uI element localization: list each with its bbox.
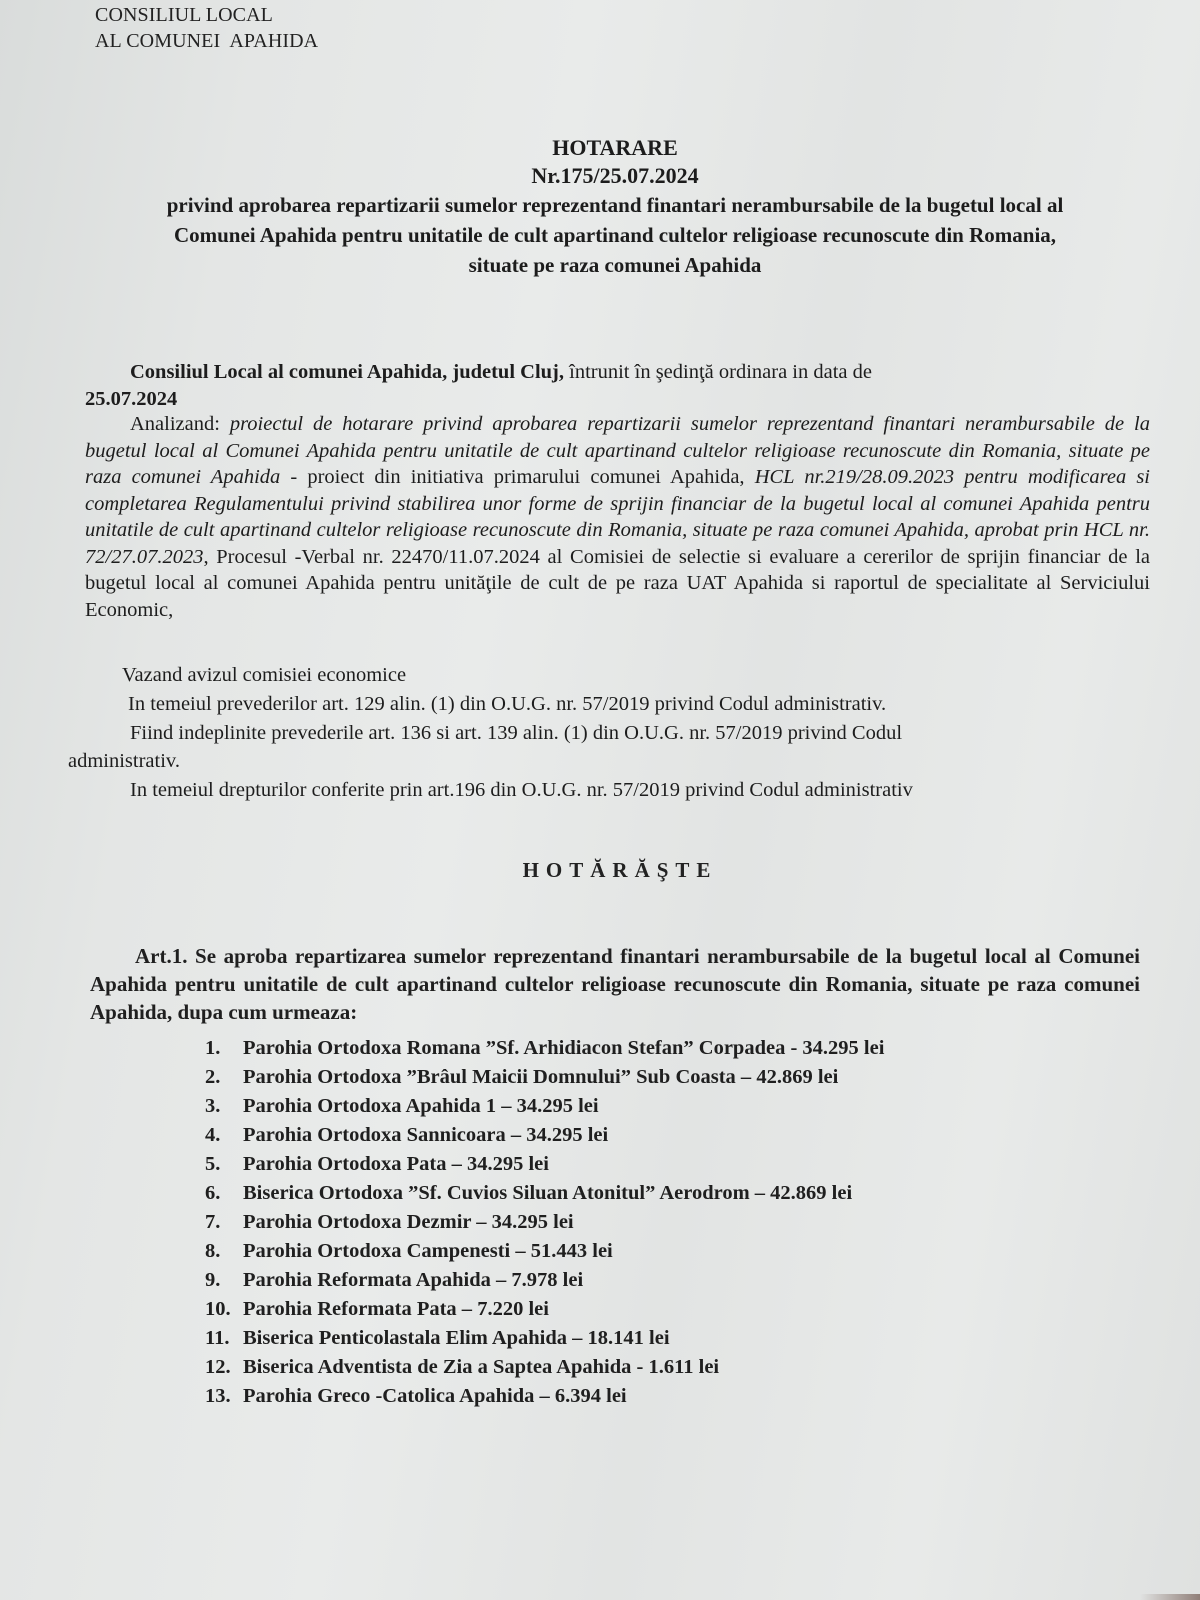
allocation-amount: 18.141 lei [588, 1327, 670, 1349]
allocation-beneficiary: Parohia Ortodoxa Sannicoara – [243, 1124, 526, 1146]
allocation-amount: 7.978 lei [511, 1269, 583, 1291]
allocation-number: 10. [205, 1295, 243, 1324]
authority-line-2: AL COMUNEI APAHIDA [95, 28, 318, 54]
allocation-beneficiary: Biserica Adventista de Zia a Saptea Apah… [243, 1356, 649, 1378]
analizand-label: Analizand: [130, 413, 230, 435]
allocation-beneficiary: Parohia Ortodoxa Campenesti – [243, 1240, 531, 1262]
allocation-beneficiary: Parohia Reformata Pata – [243, 1298, 477, 1320]
allocation-item: 2.Parohia Ortodoxa ”Brâul Maicii Domnulu… [205, 1063, 884, 1092]
allocation-amount: 42.869 lei [756, 1066, 838, 1088]
allocation-amount: 6.394 lei [555, 1385, 627, 1407]
allocation-item: 6.Biserica Ortodoxa ”Sf. Cuvios Siluan A… [205, 1179, 884, 1208]
allocation-item: 5.Parohia Ortodoxa Pata – 34.295 lei [205, 1150, 884, 1179]
allocation-item: 4.Parohia Ortodoxa Sannicoara – 34.295 l… [205, 1121, 884, 1150]
fiind-indeplinite-line-1: Fiind indeplinite prevederile art. 136 s… [130, 720, 902, 746]
subject-line-1: privind aprobarea repartizarii sumelor r… [90, 190, 1140, 220]
issuing-authority: CONSILIUL LOCAL AL COMUNEI APAHIDA [95, 2, 318, 54]
allocation-item: 9.Parohia Reformata Apahida – 7.978 lei [205, 1266, 884, 1295]
allocation-number: 2. [205, 1063, 243, 1092]
allocation-number: 6. [205, 1179, 243, 1208]
allocation-number: 8. [205, 1237, 243, 1266]
authority-line-1: CONSILIUL LOCAL [95, 2, 318, 28]
decision-heading: HOTĂRĂŞTE [0, 858, 1200, 883]
subject-line-2: Comunei Apahida pentru unitatile de cult… [90, 220, 1140, 250]
fiind-indeplinite-line-2: administrativ. [68, 748, 180, 774]
allocation-amount: 51.443 lei [531, 1240, 613, 1262]
allocation-number: 5. [205, 1150, 243, 1179]
allocation-beneficiary: Parohia Reformata Apahida – [243, 1269, 511, 1291]
vazand-line: Vazand avizul comisiei economice [122, 662, 406, 688]
allocation-beneficiary: Parohia Greco -Catolica Apahida – [243, 1385, 555, 1407]
allocation-beneficiary: Biserica Ortodoxa ”Sf. Cuvios Siluan Ato… [243, 1182, 770, 1204]
allocation-item: 11.Biserica Penticolastala Elim Apahida … [205, 1324, 884, 1353]
allocation-item: 13.Parohia Greco -Catolica Apahida – 6.3… [205, 1382, 884, 1411]
allocation-item: 7.Parohia Ortodoxa Dezmir – 34.295 lei [205, 1208, 884, 1237]
allocation-amount: 34.295 lei [492, 1211, 574, 1233]
allocation-number: 13. [205, 1382, 243, 1411]
council-name: Consiliul Local al comunei Apahida, jude… [130, 361, 564, 383]
document-page: CONSILIUL LOCAL AL COMUNEI APAHIDA HOTAR… [0, 0, 1200, 1600]
allocation-beneficiary: Parohia Ortodoxa Dezmir – [243, 1211, 492, 1233]
allocation-number: 4. [205, 1121, 243, 1150]
allocation-number: 1. [205, 1034, 243, 1063]
allocation-amount: 34.295 lei [526, 1124, 608, 1146]
allocation-amount: 7.220 lei [477, 1298, 549, 1320]
allocation-amount: 34.295 lei [802, 1037, 884, 1059]
analizand-paragraph: Analizand: proiectul de hotarare privind… [85, 411, 1150, 623]
allocation-number: 9. [205, 1266, 243, 1295]
temeiul-prevederilor-line: In temeiul prevederilor art. 129 alin. (… [128, 691, 886, 717]
subject-line-3: situate pe raza comunei Apahida [90, 250, 1140, 280]
temeiul-drepturilor-line: In temeiul drepturilor conferite prin ar… [130, 777, 913, 803]
allocation-beneficiary: Parohia Ortodoxa Romana ”Sf. Arhidiacon … [243, 1037, 802, 1059]
allocation-list: 1.Parohia Ortodoxa Romana ”Sf. Arhidiaco… [205, 1034, 884, 1411]
allocation-item: 1.Parohia Ortodoxa Romana ”Sf. Arhidiaco… [205, 1034, 884, 1063]
allocation-amount: 42.869 lei [770, 1182, 852, 1204]
allocation-amount: 1.611 lei [649, 1356, 720, 1378]
project-initiator: - proiect din initiativa primarului comu… [280, 466, 754, 488]
allocation-amount: 34.295 lei [467, 1153, 549, 1175]
proces-verbal-reference: , Procesul -Verbal nr. 22470/11.07.2024 … [85, 546, 1150, 621]
allocation-number: 12. [205, 1353, 243, 1382]
allocation-beneficiary: Biserica Penticolastala Elim Apahida – [243, 1327, 588, 1349]
allocation-item: 3.Parohia Ortodoxa Apahida 1 – 34.295 le… [205, 1092, 884, 1121]
table-edge-shadow [1140, 1594, 1200, 1600]
decision-title: HOTARARE Nr.175/25.07.2024 privind aprob… [90, 134, 1140, 280]
allocation-item: 8.Parohia Ortodoxa Campenesti – 51.443 l… [205, 1237, 884, 1266]
allocation-beneficiary: Parohia Ortodoxa Apahida 1 – [243, 1095, 517, 1117]
allocation-number: 3. [205, 1092, 243, 1121]
allocation-number: 7. [205, 1208, 243, 1237]
decision-number: Nr.175/25.07.2024 [90, 162, 1140, 190]
meeting-description: întrunit în şedinţă ordinara in data de [564, 361, 872, 383]
allocation-number: 11. [205, 1324, 243, 1353]
allocation-item: 10.Parohia Reformata Pata – 7.220 lei [205, 1295, 884, 1324]
council-meeting-statement: Consiliul Local al comunei Apahida, jude… [85, 359, 1150, 412]
allocation-item: 12.Biserica Adventista de Zia a Saptea A… [205, 1353, 884, 1382]
allocation-amount: 34.295 lei [517, 1095, 599, 1117]
allocation-beneficiary: Parohia Ortodoxa ”Brâul Maicii Domnului”… [243, 1066, 756, 1088]
document-type: HOTARARE [90, 134, 1140, 162]
allocation-beneficiary: Parohia Ortodoxa Pata – [243, 1153, 467, 1175]
article-1: Art.1. Se aproba repartizarea sumelor re… [90, 942, 1140, 1026]
meeting-date: 25.07.2024 [40, 386, 177, 413]
